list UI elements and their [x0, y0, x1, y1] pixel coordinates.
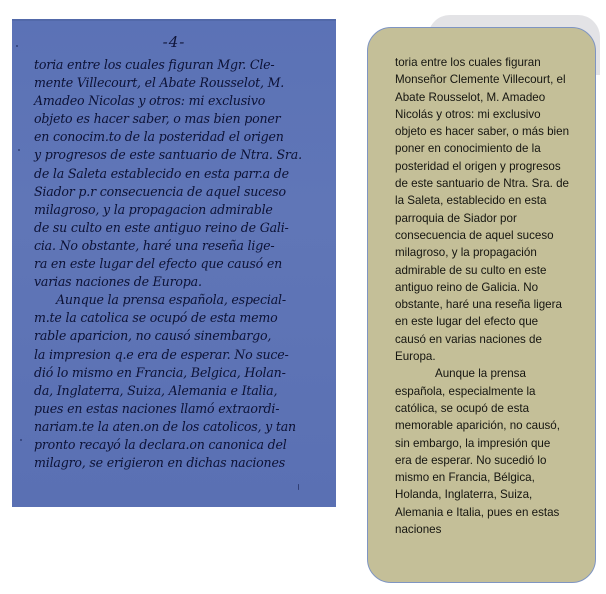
transcription-line: poner en conocimiento de la	[395, 140, 595, 157]
handwritten-line: y progresos de este santuario de Ntra. S…	[34, 146, 324, 164]
handwritten-line: mente Villecourt, el Abate Rousselot, M.	[34, 74, 324, 92]
handwritten-line: milagroso, y la propagacion admirable	[34, 201, 324, 219]
transcription-line: milagroso, y la propagación	[395, 244, 595, 261]
handwritten-line: cia. No obstante, haré una reseña lige-	[34, 237, 324, 255]
handwritten-line: ra en este lugar del efecto que causó en	[34, 255, 324, 273]
transcription-line: memorable aparición, no causó,	[395, 417, 595, 434]
transcription-line: Europa.	[395, 348, 595, 365]
handwritten-line: varias naciones de Europa.	[34, 273, 324, 291]
manuscript-page-number: -4-	[12, 33, 336, 51]
handwritten-line: pronto recayó la declara.on canonica del	[34, 436, 324, 454]
handwritten-line: m.te la catolica se ocupó de esta memo	[34, 309, 324, 327]
transcription-line: Monseñor Clemente Villecourt, el	[395, 71, 595, 88]
transcription-line: obstante, haré una reseña ligera	[395, 296, 595, 313]
handwritten-line: en conocim.to de la posteridad el origen	[34, 128, 324, 146]
handwritten-line: de la Saleta establecido en esta parr.a …	[34, 165, 324, 183]
transcription-line: antiguo reino de Galicia. No	[395, 279, 595, 296]
transcription-line: en este lugar del efecto que	[395, 313, 595, 330]
transcription-line: era de esperar. No sucedió lo	[395, 452, 595, 469]
transcription-line: Alemania e Italia, pues en estas	[395, 504, 595, 521]
transcription-line: posteridad el origen y progresos	[395, 158, 595, 175]
handwritten-line: Siador p.r consecuencia de aquel suceso	[34, 183, 324, 201]
handwritten-line: la impresion q.e era de esperar. No suce…	[34, 346, 324, 364]
transcription-line: admirable de su culto en este	[395, 262, 595, 279]
transcription-line: parroquia de Siador por	[395, 210, 595, 227]
transcription-line: mismo en Francia, Bélgica,	[395, 469, 595, 486]
paper-speck	[298, 484, 299, 490]
manuscript-handwritten-text: toria entre los cuales figuran Mgr. Cle-…	[34, 56, 324, 472]
transcription-line: española, especialmente la	[395, 383, 595, 400]
transcription-line: toria entre los cuales figuran	[395, 54, 595, 71]
transcription-line: objeto es hacer saber, o más bien	[395, 123, 595, 140]
handwritten-line: milagro, se erigieron en dichas naciones	[34, 454, 324, 472]
transcription-line: católica, se ocupó de esta	[395, 400, 595, 417]
handwritten-line: da, Inglaterra, Suiza, Alemania e Italia…	[34, 382, 324, 400]
transcription-line: Aunque la prensa	[395, 365, 595, 382]
transcription-line: consecuencia de aquel suceso	[395, 227, 595, 244]
transcription-text: toria entre los cuales figuranMonseñor C…	[395, 54, 595, 538]
handwritten-line: pues en estas naciones llamó extraordi-	[34, 400, 324, 418]
paper-speck	[20, 439, 22, 441]
transcription-line: naciones	[395, 521, 595, 538]
handwritten-line: rable aparicion, no causó sinembargo,	[34, 327, 324, 345]
transcription-panel: toria entre los cuales figuranMonseñor C…	[367, 27, 596, 583]
handwritten-line: Aunque la prensa española, especial-	[34, 291, 324, 309]
handwritten-line: toria entre los cuales figuran Mgr. Cle-	[34, 56, 324, 74]
handwritten-line: de su culto en este antiguo reino de Gal…	[34, 219, 324, 237]
transcription-line: la Saleta, establecido en esta	[395, 192, 595, 209]
handwritten-line: nariam.te la aten.on de los catolicos, y…	[34, 418, 324, 436]
transcription-line: sin embargo, la impresión que	[395, 435, 595, 452]
transcription-line: de este santuario de Ntra. Sra. de	[395, 175, 595, 192]
transcription-line: causó en varias naciones de	[395, 331, 595, 348]
handwritten-line: Amadeo Nicolas y otros: mi exclusivo	[34, 92, 324, 110]
handwritten-line: dió lo mismo en Francia, Belgica, Holan-	[34, 364, 324, 382]
transcription-line: Abate Rousselot, M. Amadeo	[395, 89, 595, 106]
transcription-line: Holanda, Inglaterra, Suiza,	[395, 486, 595, 503]
handwritten-line: objeto es hacer saber, o mas bien poner	[34, 110, 324, 128]
image-top-edge	[12, 19, 336, 21]
paper-speck	[18, 149, 20, 151]
manuscript-page-image: -4- toria entre los cuales figuran Mgr. …	[12, 19, 336, 507]
transcription-line: Nicolás y otros: mi exclusivo	[395, 106, 595, 123]
